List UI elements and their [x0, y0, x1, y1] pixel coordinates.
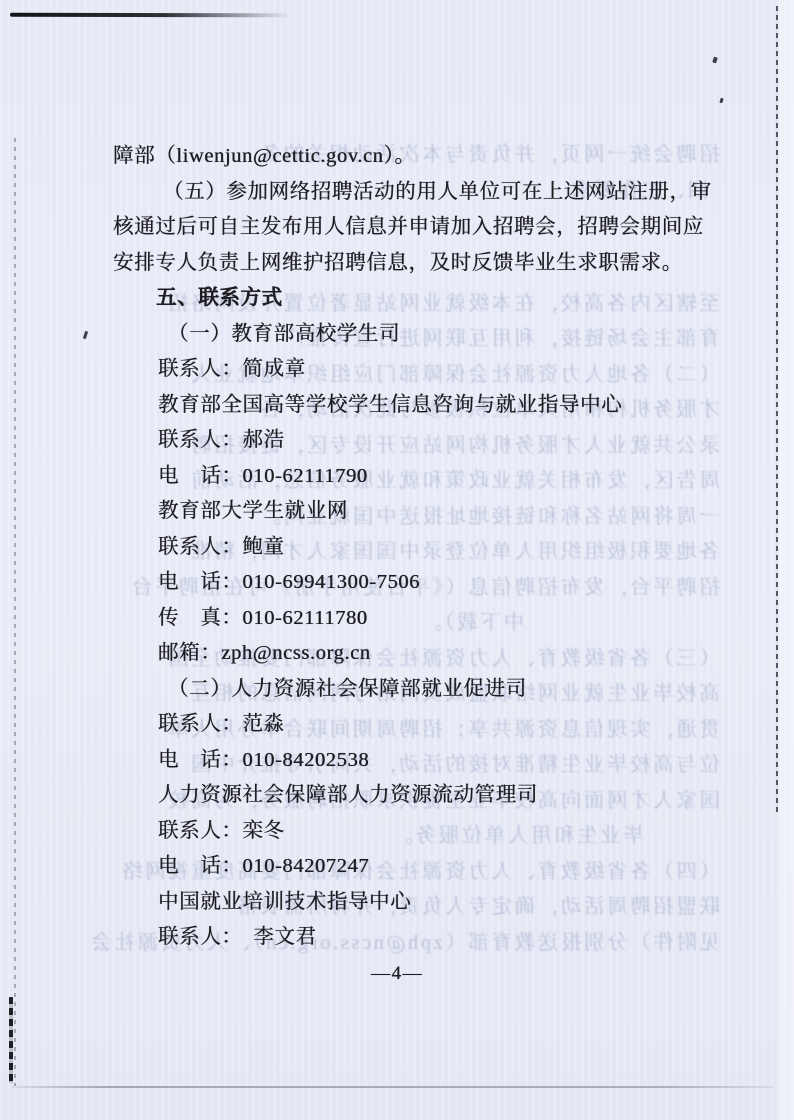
top-edge-scan-line — [10, 13, 292, 18]
document-line: 联系人：简成章 — [158, 352, 794, 388]
document-text-block: 障部（liwenjun@cettic.gov.cn）。（五）参加网络招聘活动的用… — [0, 0, 794, 1120]
document-line: 电 话：010-84202538 — [158, 743, 794, 779]
document-line: （一）教育部高校学生司 — [168, 317, 794, 353]
scanned-document-page: 招聘会统一网页，并负责与本次活动相关的各四、工作要求至辖区内各高校，在本级就业网… — [0, 0, 794, 1120]
document-line: 教育部全国高等学校学生信息咨询与就业指导中心 — [158, 388, 794, 424]
document-line: 联系人：范淼 — [158, 707, 794, 743]
document-line: 联系人：鲍童 — [158, 530, 794, 566]
document-line: （五）参加网络招聘活动的用人单位可在上述网站注册，审 — [163, 175, 794, 211]
document-line: （二）人力资源社会保障部就业促进司 — [168, 672, 794, 708]
right-edge-scan-line — [776, 6, 778, 812]
document-line: 邮箱：zph@ncss.org.cn — [158, 636, 794, 672]
right-paper-edge — [779, 0, 794, 1120]
document-line: 电 话：010-62111790 — [158, 459, 794, 495]
document-line: 联系人： 李文君 — [158, 920, 794, 956]
document-line: —4— — [0, 956, 794, 992]
document-line: 联系人：栾冬 — [158, 814, 794, 850]
document-line: 五、联系方式 — [156, 281, 794, 317]
document-line: 联系人：郝浩 — [158, 423, 794, 459]
document-line: 障部（liwenjun@cettic.gov.cn）。 — [113, 139, 794, 175]
document-line: 电 话：010-84207247 — [158, 849, 794, 885]
document-line: 电 话：010-69941300-7506 — [158, 565, 794, 601]
document-line: 中国就业培训技术指导中心 — [158, 885, 794, 921]
document-line: 安排专人负责上网维护招聘信息，及时反馈毕业生求职需求。 — [113, 246, 794, 282]
document-line: 传 真：010-62111780 — [158, 601, 794, 637]
bottom-left-scan-mark — [9, 997, 13, 1083]
bottom-edge-scan-line — [12, 1086, 774, 1088]
document-line: 教育部大学生就业网 — [158, 494, 794, 530]
left-edge-scan-line — [14, 138, 16, 1086]
document-line: 核通过后可自主发布用人信息并申请加入招聘会，招聘会期间应 — [113, 210, 794, 246]
document-line: 人力资源社会保障部人力资源流动管理司 — [158, 778, 794, 814]
